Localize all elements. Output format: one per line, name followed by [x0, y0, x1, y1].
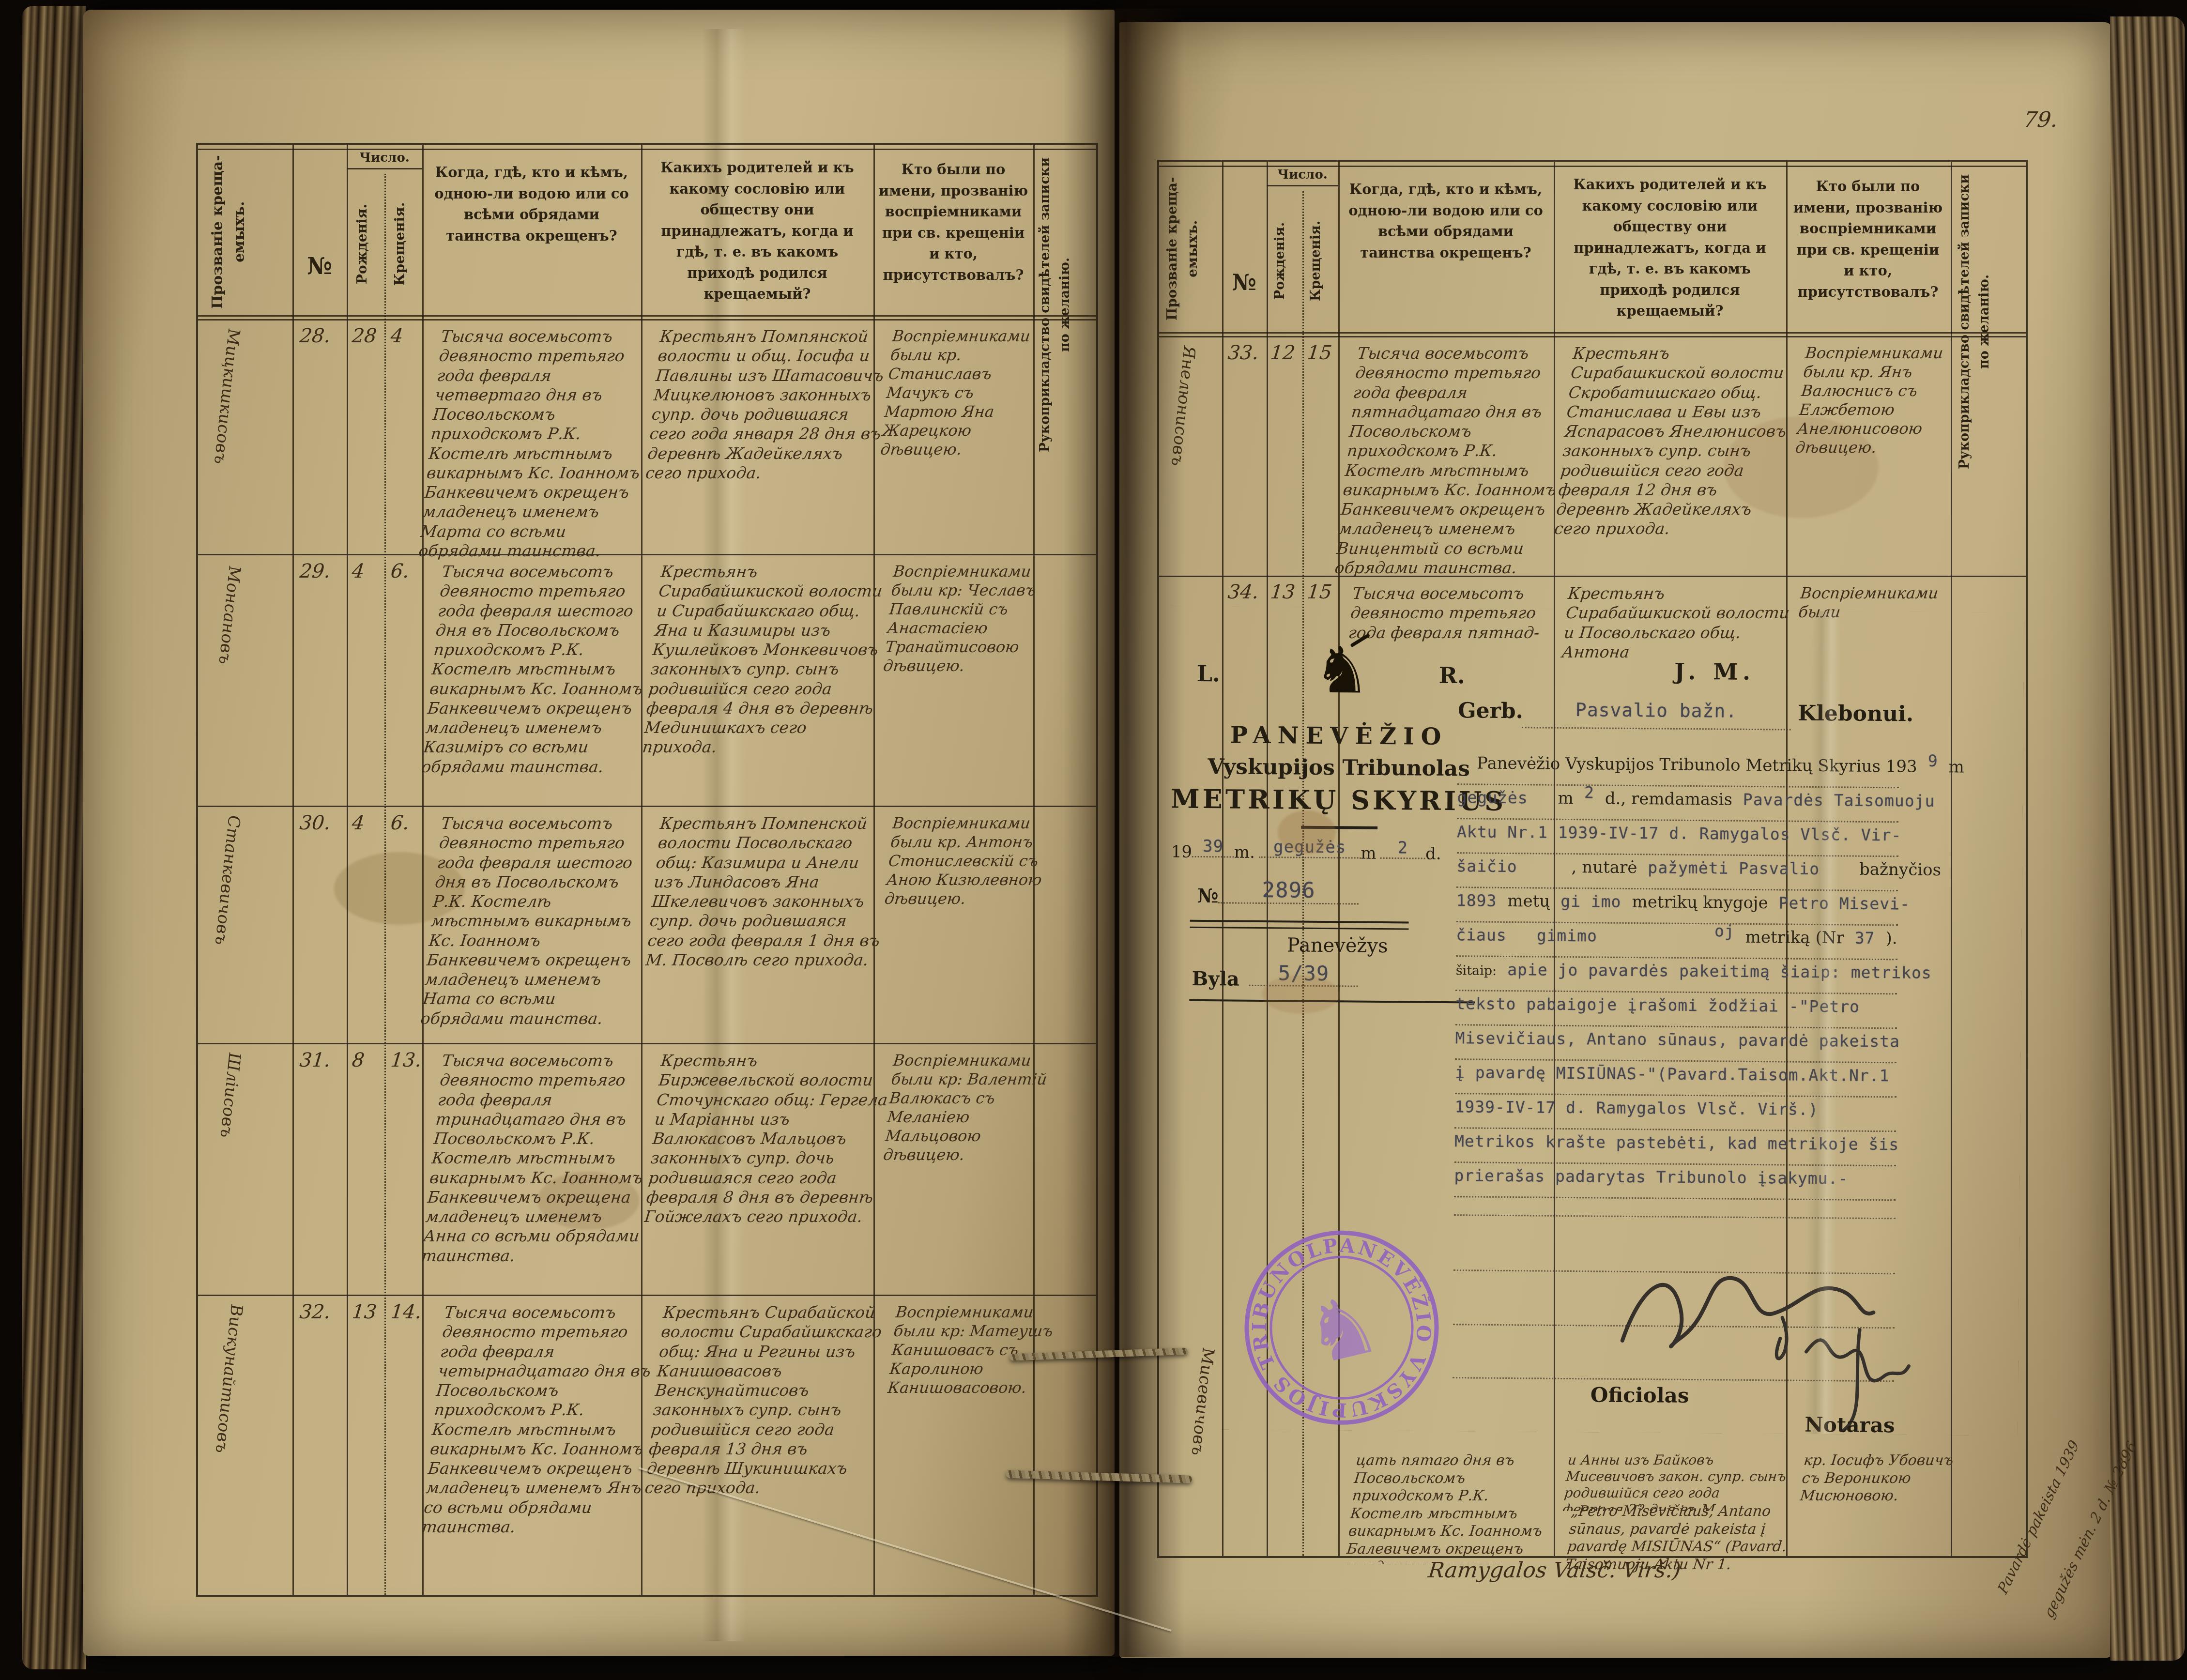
byla-label: Byla	[1192, 967, 1239, 991]
letterhead-number-line: №2896	[1197, 883, 1359, 909]
header-when: Когда, гдѣ, кто и кѣмъ, одною-ли водою и…	[429, 162, 634, 246]
date-year-typed: 39	[1192, 837, 1234, 858]
header-no: №	[292, 249, 347, 284]
body-typed: 1893	[1456, 891, 1497, 910]
record-no: 34.	[1227, 581, 1260, 603]
header-birth: Рожденія.	[352, 175, 380, 313]
body-text: metrikų knygoje	[1632, 892, 1768, 913]
header-parents: Какихъ родителей и къ какому сословію ил…	[647, 157, 867, 305]
date-d-label: d.	[1425, 844, 1441, 864]
record-parents: Крестьянъ Сирабашкиской волости Скробати…	[1541, 337, 1815, 587]
record-baptism-day: 15	[1306, 581, 1333, 603]
salutation-gerb: Gerb.	[1458, 698, 1523, 723]
record-margin-name: Мицкишкисовъ	[201, 329, 244, 551]
body-typed: čiaus	[1456, 925, 1507, 945]
record-godparents: Воспріемниками были кр. Станиславъ Мачук…	[860, 320, 1061, 566]
no-value-typed: 2896	[1218, 877, 1359, 904]
body-typed: gimimo	[1537, 926, 1598, 945]
body-typed: oj	[1714, 921, 1735, 940]
header-date-group: Число.	[1267, 166, 1338, 184]
body-text: ).	[1885, 929, 1897, 948]
record-parents: Крестьянъ Помпянской волости и общ. Іоси…	[628, 320, 902, 566]
header-baptism: Крещенія.	[1306, 192, 1333, 330]
header-parents: Какихъ родителей и къ какому сословію ил…	[1560, 174, 1780, 322]
date-day-typed: 2	[1380, 838, 1425, 859]
body-typed: 2	[1584, 783, 1594, 802]
letterhead-letter-r: R.	[1438, 662, 1465, 688]
record-margin-name: Янелюнисовъ	[1156, 346, 1199, 573]
left-page-edges	[22, 6, 86, 1669]
header-name-col: Прозваніе креща- емыхъ.	[1162, 171, 1215, 326]
body-typed: apie jo pavardės pakeitimą šiaip: metrik…	[1507, 960, 1932, 982]
certificate-stain	[1278, 810, 1336, 854]
no-label: №	[1197, 885, 1219, 907]
column-line	[347, 145, 348, 1595]
record-no: 33.	[1227, 342, 1260, 364]
record-no: 29.	[299, 560, 332, 582]
column-line	[422, 145, 424, 1595]
record-baptism-day: 4	[390, 325, 404, 347]
record-godparents: Воспріемниками были кр: Чеславъ Павлинск…	[860, 555, 1063, 818]
record-birth-day: 13	[1269, 581, 1297, 603]
header-baptism: Крещенія.	[390, 175, 418, 313]
body-typed: 1939-IV-17 d. Ramygalos Vlsč. Virš.)	[1454, 1097, 1819, 1119]
salutation-jm: J. M.	[1652, 658, 1777, 685]
record-birth-day: 4	[351, 812, 366, 834]
record-birth-day: 4	[351, 560, 366, 582]
record-no: 28.	[299, 325, 332, 347]
body-typed: 9	[1928, 751, 1938, 770]
header-birth: Рожденія.	[1270, 192, 1298, 330]
page-number: 79.	[2022, 107, 2059, 132]
record-birth-day: 28	[351, 325, 378, 347]
scanned-book-spread: 79. Прозваніе креща- емыхъ. № Число. Рож…	[0, 0, 2187, 1680]
header-rule	[1159, 332, 2026, 334]
header-godparents: Кто были по имени, прозванію воспріемник…	[878, 159, 1028, 286]
header-no: №	[1222, 266, 1267, 299]
record-parents: Крестьянъ Помпенской волости Посвольскаг…	[628, 807, 902, 1055]
record-baptism-day: 13.	[390, 1049, 423, 1071]
record-margin-name: Вискунайтисовъ	[198, 1304, 246, 1580]
round-stamp-vytis-icon: PANEVĖŽIO VYSKUPIJOS TRIBUNOLAS ✳ ♞	[1213, 1199, 1470, 1456]
date-m-label2: m	[1361, 844, 1376, 863]
header-godparents: Кто были по имени, прозванію воспріемник…	[1791, 176, 1945, 303]
record-no: 32.	[299, 1301, 332, 1323]
body-text: bažnyčios	[1859, 860, 1941, 880]
record-birth-day: 8	[351, 1049, 366, 1071]
body-typed: gi imo	[1560, 892, 1621, 911]
record-godparents: Воспріемниками были кр: Валентій Валюкас…	[860, 1044, 1063, 1307]
letterhead-letter-l: L.	[1196, 660, 1220, 687]
body-typed: gegužės	[1457, 788, 1528, 807]
record-baptism-day: 6.	[390, 560, 411, 582]
svg-text:♞: ♞	[1295, 1274, 1390, 1385]
svg-text:♞: ♞	[1313, 633, 1371, 708]
record-godparents-end: кр. Іосифъ Убовичъ съ Вероникою Мисюново…	[1785, 1445, 1963, 1564]
date-group-rule	[347, 168, 422, 169]
header-name-col: Прозваніе креща- емыхъ.	[207, 154, 284, 309]
body-text: m	[1558, 789, 1574, 808]
body-text: m	[1948, 757, 1964, 777]
record-margin-name: Монсановъ	[200, 566, 245, 803]
addressee-line: Pasvalio bažn.	[1522, 699, 1791, 730]
record-godparents: Воспріемниками были кр. Антонъ Стонислев…	[860, 807, 1062, 1055]
record-birth-day: 13	[351, 1301, 378, 1323]
date-m-label: m.	[1234, 843, 1255, 862]
certificate-stain	[1262, 975, 1340, 1014]
record-no: 30.	[299, 812, 332, 834]
letterhead-org-line1: PANEVĖŽIO	[1169, 721, 1508, 751]
header-rule	[198, 315, 1096, 317]
header-date-group: Число.	[347, 149, 422, 168]
record-parents: Крестьянъ Биржевельской волости Сточунск…	[627, 1044, 903, 1307]
column-line	[292, 145, 294, 1595]
date-pre: 19	[1171, 842, 1193, 862]
below-table-note: Ramygalos Valsč. Virš.)	[1427, 1558, 1904, 1583]
tribunal-certificate: L. ♞ R. PANEVĖŽIO Vyskupijos Tribunolas …	[1113, 606, 2024, 1436]
body-typed: Petro Misevi-	[1778, 893, 1910, 913]
body-typed: prierašas padarytas Tribunolo įsakymu.-	[1454, 1166, 1848, 1188]
body-typed: 37	[1855, 929, 1875, 947]
number-double-underline	[1190, 920, 1408, 930]
record-birth-day: 12	[1269, 342, 1297, 364]
record-when: Тысяча восемьсотъ девяносто третьяго год…	[409, 320, 669, 566]
record-margin-name: Станкевичовъ	[200, 815, 244, 1043]
record-baptism-day: 14.	[390, 1301, 423, 1323]
date-group-rule	[1267, 185, 1338, 186]
body-text: Panevėžio Vyskupijos Tribunolo Metrikų S…	[1477, 753, 1917, 776]
record-godparents: Воспріемниками были кр. Янъ Валюснисъ съ…	[1773, 337, 1979, 587]
record-margin-name: Шліисовъ	[200, 1053, 245, 1290]
body-typed: šaičio	[1456, 856, 1517, 876]
record-no: 31.	[299, 1049, 332, 1071]
record-when: Тысяча восемьсотъ девяносто третьяго год…	[1325, 337, 1582, 587]
addressee-typed: Pasvalio bažn.	[1575, 699, 1738, 722]
column-line-dotted	[384, 174, 386, 1595]
header-when: Когда, гдѣ, кто и кѣмъ, одною-ли водою и…	[1345, 179, 1546, 263]
body-text: d., remdamasis	[1605, 789, 1732, 809]
record-baptism-day: 6.	[390, 812, 411, 834]
vytis-horseman-icon: ♞	[1305, 630, 1378, 708]
body-text: šitaip:	[1456, 963, 1497, 978]
table-double-rule	[198, 149, 1096, 150]
body-text: , nutarė	[1572, 857, 1637, 877]
record-when: Тысяча восемьсотъ девяносто третьяго год…	[409, 807, 670, 1055]
body-typed: teksto pabaigoje įrašomi žodžiai -"Petro	[1455, 994, 1860, 1016]
record-parents: Крестьянъ Сирабайшкиской волости и Сираб…	[627, 555, 903, 818]
body-text: metų	[1507, 891, 1550, 911]
officiolas-label: Oficiolas	[1591, 1383, 1689, 1407]
body-typed: pažymėti Pasvalio	[1648, 858, 1820, 878]
left-records-table: Прозваніе креща- емыхъ. № Число. Рождені…	[196, 143, 1098, 1597]
record-when-end: цать пятаго дня въ Посвольскомъ приходск…	[1337, 1445, 1569, 1564]
record-godparents: Воспріемниками были кр: Матеушъ Канишова…	[857, 1296, 1065, 1605]
record-baptism-day: 15	[1306, 342, 1333, 364]
